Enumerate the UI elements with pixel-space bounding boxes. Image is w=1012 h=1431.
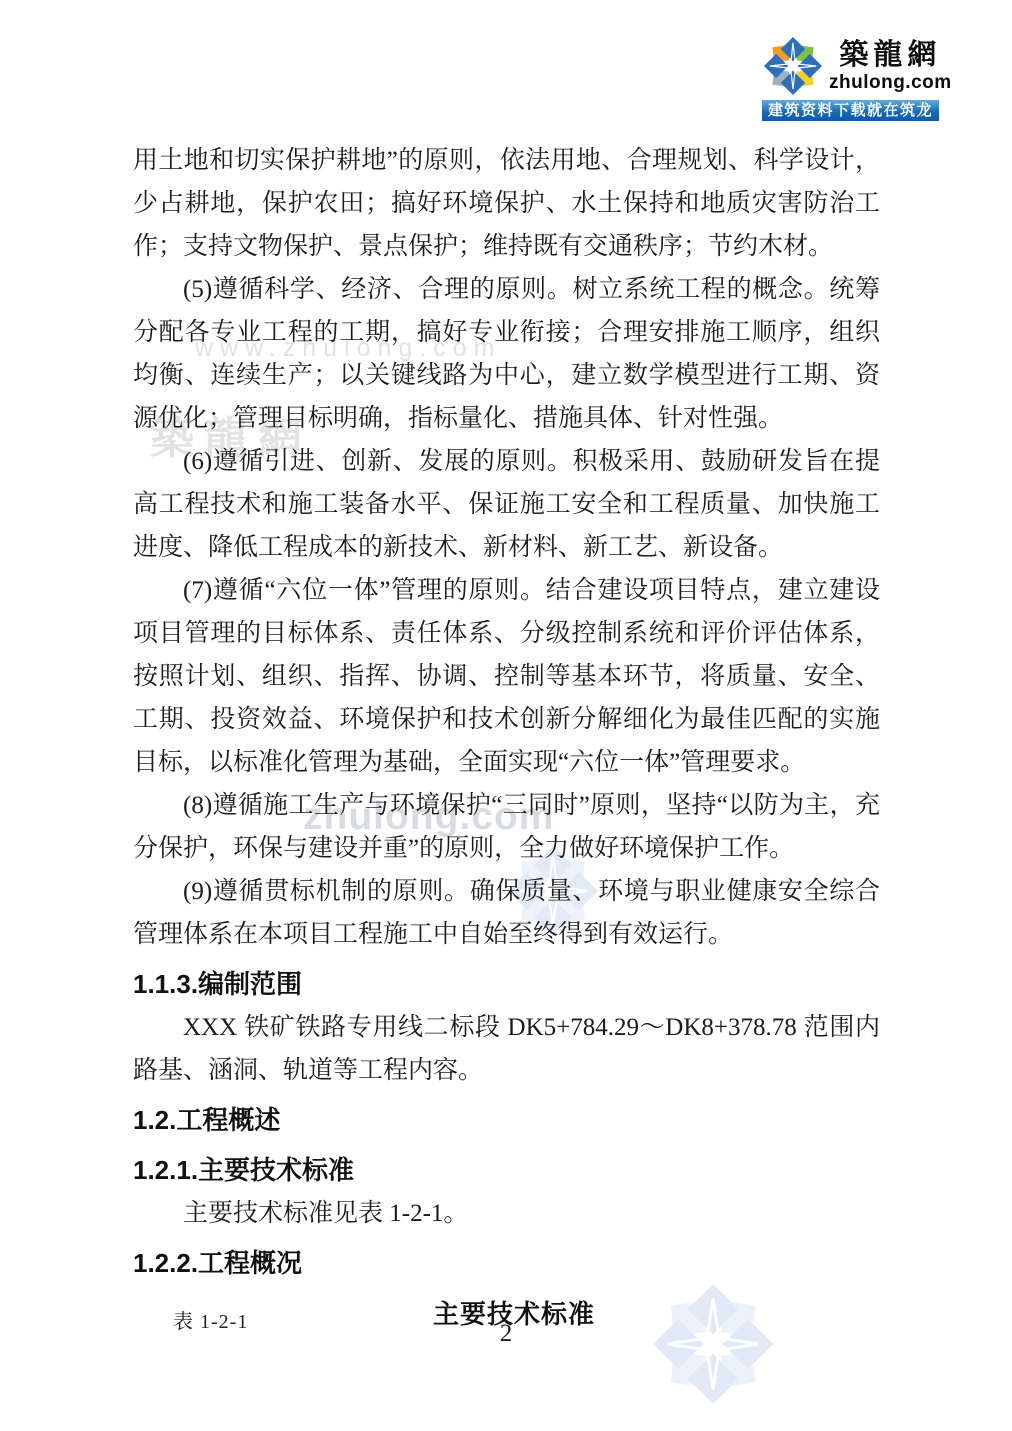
logo-top-row: 築龍網 zhulong.com	[762, 33, 939, 99]
heading-project-situation: 1.2.2.工程概况	[133, 1241, 880, 1285]
paragraph-scope: XXX 铁矿铁路专用线二标段 DK5+784.29～DK8+378.78 范围内…	[133, 1006, 880, 1092]
page-number: 2	[0, 1320, 1012, 1348]
logo-text-block: 築龍網 zhulong.com	[829, 41, 952, 92]
document-page: www.zhulong.com 築龍網 zhulong.com	[0, 0, 1012, 1431]
logo-chinese-name: 築龍網	[839, 41, 941, 70]
heading-technical-standards: 1.2.1.主要技术标准	[133, 1148, 880, 1192]
zhulong-logo: 築龍網 zhulong.com 建筑资料下载就在筑龙网	[762, 33, 939, 121]
paragraph-principle-8: (8)遵循施工生产与环境保护“三同时”原则，坚持“以防为主，充分保护，环保与建设…	[133, 784, 880, 870]
paragraph-continued: 用土地和切实保护耕地”的原则，依法用地、合理规划、科学设计，少占耕地，保护农田；…	[133, 139, 880, 268]
heading-compilation-scope: 1.1.3.编制范围	[133, 962, 880, 1006]
paragraph-principle-9: (9)遵循贯标机制的原则。确保质量、环境与职业健康安全综合管理体系在本项目工程施…	[133, 870, 880, 956]
heading-project-overview: 1.2.工程概述	[133, 1098, 880, 1142]
paragraph-standard-ref: 主要技术标准见表 1-2-1。	[133, 1192, 880, 1235]
document-body: 用土地和切实保护耕地”的原则，依法用地、合理规划、科学设计，少占耕地，保护农田；…	[133, 139, 880, 1339]
zhulong-flower-icon	[764, 37, 822, 95]
paragraph-principle-6: (6)遵循引进、创新、发展的原则。积极采用、鼓励研发旨在提高工程技术和施工装备水…	[133, 440, 880, 569]
logo-banner-slogan: 建筑资料下载就在筑龙网	[762, 100, 939, 121]
logo-domain: zhulong.com	[829, 73, 952, 92]
paragraph-principle-7: (7)遵循“六位一体”管理的原则。结合建设项目特点，建立建设项目管理的目标体系、…	[133, 569, 880, 784]
paragraph-principle-5: (5)遵循科学、经济、合理的原则。树立系统工程的概念。统筹分配各专业工程的工期，…	[133, 268, 880, 440]
